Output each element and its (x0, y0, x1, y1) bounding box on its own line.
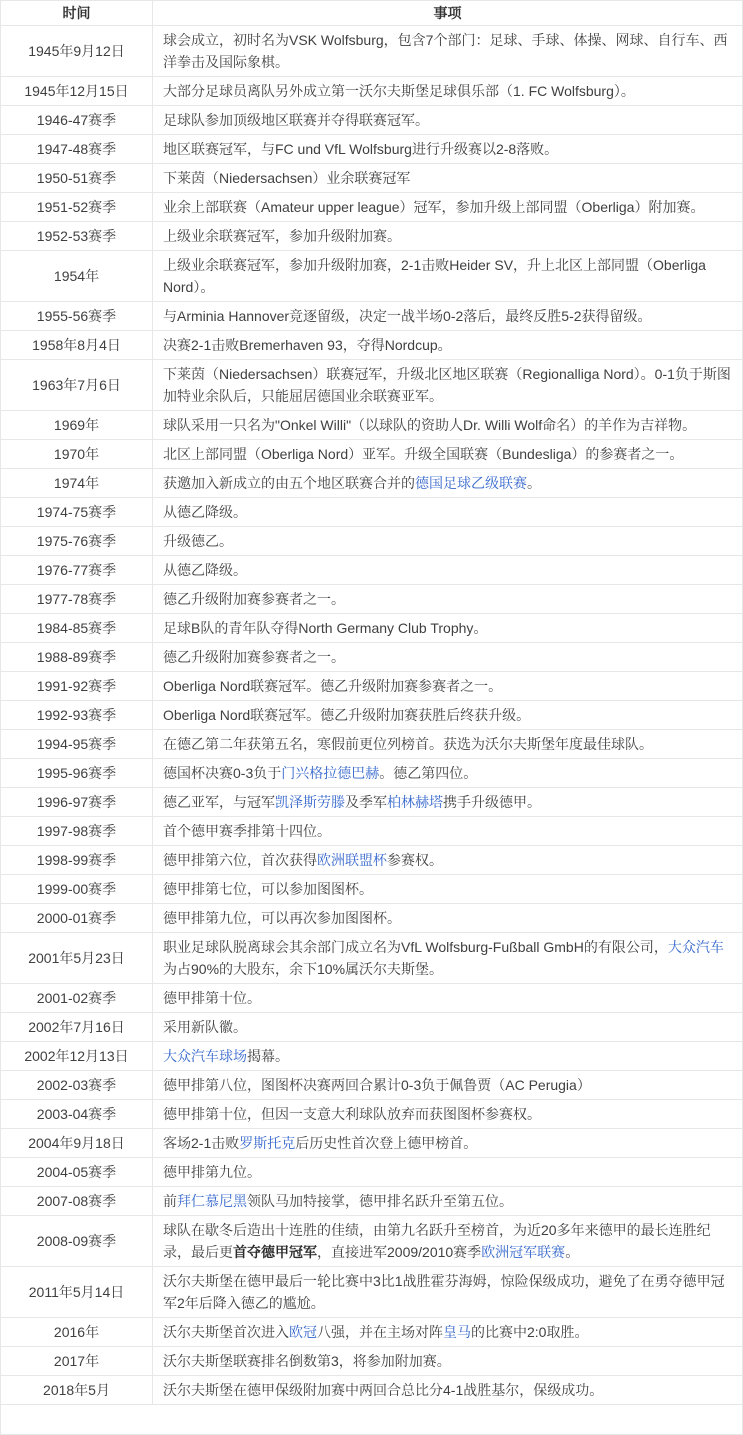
time-cell: 2011年5月14日 (1, 1267, 153, 1318)
table-row: 1994-95赛季在德乙第二年获第五名，寒假前更位列榜首。获选为沃尔夫斯堡年度最… (1, 730, 743, 759)
event-cell: 足球B队的青年队夺得North Germany Club Trophy。 (153, 614, 743, 643)
event-text: 上级业余联赛冠军，参加升级附加赛。 (163, 228, 401, 244)
event-cell: 德甲排第六位，首次获得欧洲联盟杯参赛权。 (153, 846, 743, 875)
time-cell: 1946-47赛季 (1, 106, 153, 135)
event-text: 德甲排第九位，可以再次参加图图杯。 (163, 910, 401, 926)
wiki-link[interactable]: 皇马 (443, 1324, 471, 1340)
event-text: 客场2-1击败 (163, 1135, 239, 1151)
time-cell: 1995-96赛季 (1, 759, 153, 788)
event-cell: 与Arminia Hannover竞逐留级，决定一战半场0-2落后，最终反胜5-… (153, 302, 743, 331)
table-row: 2004年9月18日客场2-1击败罗斯托克后历史性首次登上德甲榜首。 (1, 1129, 743, 1158)
table-footer-row (1, 1405, 743, 1435)
event-cell: 沃尔夫斯堡在德甲最后一轮比赛中3比1战胜霍芬海姆，惊险保级成功，避免了在勇夺德甲… (153, 1267, 743, 1318)
time-cell: 2001年5月23日 (1, 933, 153, 984)
event-text: 采用新队徽。 (163, 1019, 247, 1035)
table-row: 1958年8月4日决赛2-1击败Bremerhaven 93，夺得Nordcup… (1, 331, 743, 360)
time-cell: 1945年12月15日 (1, 77, 153, 106)
event-text: 沃尔夫斯堡在德甲保级附加赛中两回合总比分4-1战胜基尔，保级成功。 (163, 1382, 603, 1398)
event-cell: 沃尔夫斯堡在德甲保级附加赛中两回合总比分4-1战胜基尔，保级成功。 (153, 1376, 743, 1405)
event-text: 业余上部联赛（Amateur upper league）冠军，参加升级上部同盟（… (163, 199, 704, 215)
time-cell: 2004-05赛季 (1, 1158, 153, 1187)
table-row: 2016年沃尔夫斯堡首次进入欧冠八强，并在主场对阵皇马的比赛中2:0取胜。 (1, 1318, 743, 1347)
event-text: 从德乙降级。 (163, 504, 247, 520)
time-cell: 1955-56赛季 (1, 302, 153, 331)
table-row: 1976-77赛季从德乙降级。 (1, 556, 743, 585)
event-cell: 沃尔夫斯堡联赛排名倒数第3，将参加附加赛。 (153, 1347, 743, 1376)
event-cell: 德甲排第十位，但因一支意大利球队放弃而获图图杯参赛权。 (153, 1100, 743, 1129)
wiki-link[interactable]: 大众汽车球场 (163, 1048, 247, 1064)
time-cell: 1947-48赛季 (1, 135, 153, 164)
time-cell: 2018年5月 (1, 1376, 153, 1405)
wiki-link[interactable]: 门兴格拉德巴赫 (281, 765, 379, 781)
time-cell: 1997-98赛季 (1, 817, 153, 846)
event-text: 球会成立，初时名为VSK Wolfsburg，包含7个部门：足球、手球、体操、网… (163, 32, 727, 70)
event-text: 德乙亚军，与冠军 (163, 794, 275, 810)
time-cell: 1996-97赛季 (1, 788, 153, 817)
time-cell: 1992-93赛季 (1, 701, 153, 730)
time-cell: 1977-78赛季 (1, 585, 153, 614)
table-row: 2002年12月13日大众汽车球场揭幕。 (1, 1042, 743, 1071)
event-text: 北区上部同盟（Oberliga Nord）亚军。升级全国联赛（Bundeslig… (163, 446, 683, 462)
time-cell: 1998-99赛季 (1, 846, 153, 875)
table-row: 1963年7月6日下莱茵（Niedersachsen）联赛冠军，升级北区地区联赛… (1, 360, 743, 411)
event-cell: 德国杯决赛0-3负于门兴格拉德巴赫。德乙第四位。 (153, 759, 743, 788)
header-row: 时间 事项 (1, 1, 743, 26)
table-row: 2004-05赛季德甲排第九位。 (1, 1158, 743, 1187)
event-cell: 业余上部联赛（Amateur upper league）冠军，参加升级上部同盟（… (153, 193, 743, 222)
event-cell: 上级业余联赛冠军，参加升级附加赛。 (153, 222, 743, 251)
table-row: 2001-02赛季德甲排第十位。 (1, 984, 743, 1013)
event-text: 沃尔夫斯堡在德甲最后一轮比赛中3比1战胜霍芬海姆，惊险保级成功，避免了在勇夺德甲… (163, 1273, 725, 1311)
table-row: 2018年5月沃尔夫斯堡在德甲保级附加赛中两回合总比分4-1战胜基尔，保级成功。 (1, 1376, 743, 1405)
event-text: 。 (565, 1244, 579, 1260)
table-row: 1945年12月15日大部分足球员离队另外成立第一沃尔夫斯堡足球俱乐部（1. F… (1, 77, 743, 106)
event-text: 足球B队的青年队夺得North Germany Club Trophy。 (163, 620, 487, 636)
event-cell: 地区联赛冠军，与FC und VfL Wolfsburg进行升级赛以2-8落败。 (153, 135, 743, 164)
event-text: 。德乙第四位。 (379, 765, 477, 781)
event-cell: Oberliga Nord联赛冠军。德乙升级附加赛参赛者之一。 (153, 672, 743, 701)
event-cell: Oberliga Nord联赛冠军。德乙升级附加赛获胜后终获升级。 (153, 701, 743, 730)
time-cell: 1994-95赛季 (1, 730, 153, 759)
table-row: 1997-98赛季首个德甲赛季排第十四位。 (1, 817, 743, 846)
event-text: 球队采用一只名为"Onkel Willi"（以球队的资助人Dr. Willi W… (163, 417, 696, 433)
time-cell: 1975-76赛季 (1, 527, 153, 556)
event-cell: 德甲排第七位，可以参加图图杯。 (153, 875, 743, 904)
table-row: 1995-96赛季德国杯决赛0-3负于门兴格拉德巴赫。德乙第四位。 (1, 759, 743, 788)
column-header-time: 时间 (1, 1, 153, 26)
wiki-history-page: 时间 事项 1945年9月12日球会成立，初时名为VSK Wolfsburg，包… (0, 0, 743, 1435)
event-text: 足球队参加顶级地区联赛并夺得联赛冠军。 (163, 112, 429, 128)
time-cell: 1976-77赛季 (1, 556, 153, 585)
event-text: 德甲排第八位，图图杯决赛两回合累计0-3负于佩鲁贾（AC Perugia） (163, 1077, 591, 1093)
event-cell: 下莱茵（Niedersachsen）联赛冠军，升级北区地区联赛（Regional… (153, 360, 743, 411)
bold-text: 首夺德甲冠军 (233, 1244, 317, 1260)
table-row: 2011年5月14日沃尔夫斯堡在德甲最后一轮比赛中3比1战胜霍芬海姆，惊险保级成… (1, 1267, 743, 1318)
time-cell: 1945年9月12日 (1, 26, 153, 77)
table-row: 1970年北区上部同盟（Oberliga Nord）亚军。升级全国联赛（Bund… (1, 440, 743, 469)
wiki-link[interactable]: 欧洲冠军联赛 (481, 1244, 565, 1260)
event-cell: 球队在歇冬后造出十连胜的佳绩，由第九名跃升至榜首，为近20多年来德甲的最长连胜纪… (153, 1216, 743, 1267)
event-text: 下莱茵（Niedersachsen）联赛冠军，升级北区地区联赛（Regional… (163, 366, 731, 404)
time-cell: 2003-04赛季 (1, 1100, 153, 1129)
time-cell: 1969年 (1, 411, 153, 440)
event-cell: 客场2-1击败罗斯托克后历史性首次登上德甲榜首。 (153, 1129, 743, 1158)
table-row: 1945年9月12日球会成立，初时名为VSK Wolfsburg，包含7个部门：… (1, 26, 743, 77)
event-text: 携手升级德甲。 (443, 794, 541, 810)
event-cell: 上级业余联赛冠军，参加升级附加赛，2-1击败Heider SV，升上北区上部同盟… (153, 251, 743, 302)
table-row: 1955-56赛季与Arminia Hannover竞逐留级，决定一战半场0-2… (1, 302, 743, 331)
wiki-link[interactable]: 凯泽斯劳滕 (275, 794, 345, 810)
event-text: 德甲排第九位。 (163, 1164, 261, 1180)
table-row: 2000-01赛季德甲排第九位，可以再次参加图图杯。 (1, 904, 743, 933)
event-cell: 下莱茵（Niedersachsen）业余联赛冠军 (153, 164, 743, 193)
time-cell: 2000-01赛季 (1, 904, 153, 933)
event-cell: 首个德甲赛季排第十四位。 (153, 817, 743, 846)
event-cell: 职业足球队脱离球会其余部门成立名为VfL Wolfsburg-Fußball G… (153, 933, 743, 984)
table-row: 1999-00赛季德甲排第七位，可以参加图图杯。 (1, 875, 743, 904)
event-text: 。 (527, 475, 541, 491)
table-row: 1950-51赛季下莱茵（Niedersachsen）业余联赛冠军 (1, 164, 743, 193)
time-cell: 2007-08赛季 (1, 1187, 153, 1216)
table-row: 1991-92赛季Oberliga Nord联赛冠军。德乙升级附加赛参赛者之一。 (1, 672, 743, 701)
event-cell: 从德乙降级。 (153, 556, 743, 585)
event-text: 德甲排第六位，首次获得 (163, 852, 317, 868)
table-row: 1947-48赛季地区联赛冠军，与FC und VfL Wolfsburg进行升… (1, 135, 743, 164)
time-cell: 1974年 (1, 469, 153, 498)
event-text: Oberliga Nord联赛冠军。德乙升级附加赛获胜后终获升级。 (163, 707, 530, 723)
event-text: 德甲排第七位，可以参加图图杯。 (163, 881, 373, 897)
time-cell: 1991-92赛季 (1, 672, 153, 701)
event-cell: 沃尔夫斯堡首次进入欧冠八强，并在主场对阵皇马的比赛中2:0取胜。 (153, 1318, 743, 1347)
event-cell: 采用新队徽。 (153, 1013, 743, 1042)
time-cell: 2002-03赛季 (1, 1071, 153, 1100)
wiki-link[interactable]: 德国足球乙级联赛 (415, 475, 527, 491)
event-text: 职业足球队脱离球会其余部门成立名为VfL Wolfsburg-Fußball G… (163, 939, 668, 955)
event-text: 升级德乙。 (163, 533, 233, 549)
time-cell: 1970年 (1, 440, 153, 469)
event-cell: 德乙升级附加赛参赛者之一。 (153, 585, 743, 614)
time-cell: 2002年7月16日 (1, 1013, 153, 1042)
column-header-event: 事项 (153, 1, 743, 26)
event-text: 及季军 (345, 794, 387, 810)
time-cell: 2002年12月13日 (1, 1042, 153, 1071)
table-row: 2001年5月23日职业足球队脱离球会其余部门成立名为VfL Wolfsburg… (1, 933, 743, 984)
time-cell: 1988-89赛季 (1, 643, 153, 672)
time-cell: 1984-85赛季 (1, 614, 153, 643)
time-cell: 1963年7月6日 (1, 360, 153, 411)
event-cell: 德乙升级附加赛参赛者之一。 (153, 643, 743, 672)
event-text: 领队马加特接掌，德甲排名跃升至第五位。 (247, 1193, 513, 1209)
event-cell: 德甲排第十位。 (153, 984, 743, 1013)
table-row: 2007-08赛季前拜仁慕尼黑领队马加特接掌，德甲排名跃升至第五位。 (1, 1187, 743, 1216)
table-row: 2002-03赛季德甲排第八位，图图杯决赛两回合累计0-3负于佩鲁贾（AC Pe… (1, 1071, 743, 1100)
event-cell: 足球队参加顶级地区联赛并夺得联赛冠军。 (153, 106, 743, 135)
time-cell: 1954年 (1, 251, 153, 302)
wiki-link[interactable]: 罗斯托克 (239, 1135, 295, 1151)
wiki-link[interactable]: 大众汽车 (668, 939, 724, 955)
table-footer-cell (1, 1405, 743, 1435)
event-text: Oberliga Nord联赛冠军。德乙升级附加赛参赛者之一。 (163, 678, 502, 694)
event-text: 从德乙降级。 (163, 562, 247, 578)
table-row: 1988-89赛季德乙升级附加赛参赛者之一。 (1, 643, 743, 672)
event-text: 沃尔夫斯堡首次进入 (163, 1324, 289, 1340)
time-cell: 1950-51赛季 (1, 164, 153, 193)
event-cell: 决赛2-1击败Bremerhaven 93，夺得Nordcup。 (153, 331, 743, 360)
club-history-table: 时间 事项 1945年9月12日球会成立，初时名为VSK Wolfsburg，包… (0, 0, 743, 1435)
table-row: 1954年上级业余联赛冠军，参加升级附加赛，2-1击败Heider SV，升上北… (1, 251, 743, 302)
table-row: 2002年7月16日采用新队徽。 (1, 1013, 743, 1042)
time-cell: 2004年9月18日 (1, 1129, 153, 1158)
wiki-link[interactable]: 欧洲联盟杯 (317, 852, 387, 868)
time-cell: 1952-53赛季 (1, 222, 153, 251)
table-row: 1951-52赛季业余上部联赛（Amateur upper league）冠军，… (1, 193, 743, 222)
time-cell: 1999-00赛季 (1, 875, 153, 904)
event-text: 与Arminia Hannover竞逐留级，决定一战半场0-2落后，最终反胜5-… (163, 308, 652, 324)
table-row: 1996-97赛季德乙亚军，与冠军凯泽斯劳滕及季军柏林赫塔携手升级德甲。 (1, 788, 743, 817)
time-cell: 1974-75赛季 (1, 498, 153, 527)
time-cell: 2001-02赛季 (1, 984, 153, 1013)
event-text: 德乙升级附加赛参赛者之一。 (163, 591, 345, 607)
table-row: 1974年获邀加入新成立的由五个地区联赛合并的德国足球乙级联赛。 (1, 469, 743, 498)
table-row: 1952-53赛季上级业余联赛冠军，参加升级附加赛。 (1, 222, 743, 251)
event-text: 德甲排第十位，但因一支意大利球队放弃而获图图杯参赛权。 (163, 1106, 541, 1122)
event-cell: 前拜仁慕尼黑领队马加特接掌，德甲排名跃升至第五位。 (153, 1187, 743, 1216)
event-text: 决赛2-1击败Bremerhaven 93，夺得Nordcup。 (163, 337, 452, 353)
table-row: 1998-99赛季德甲排第六位，首次获得欧洲联盟杯参赛权。 (1, 846, 743, 875)
event-text: 上级业余联赛冠军，参加升级附加赛，2-1击败Heider SV，升上北区上部同盟… (163, 257, 706, 295)
event-text: 参赛权。 (387, 852, 443, 868)
event-cell: 大众汽车球场揭幕。 (153, 1042, 743, 1071)
event-cell: 德乙亚军，与冠军凯泽斯劳滕及季军柏林赫塔携手升级德甲。 (153, 788, 743, 817)
table-row: 1946-47赛季足球队参加顶级地区联赛并夺得联赛冠军。 (1, 106, 743, 135)
event-cell: 球队采用一只名为"Onkel Willi"（以球队的资助人Dr. Willi W… (153, 411, 743, 440)
event-text: 德国杯决赛0-3负于 (163, 765, 281, 781)
event-cell: 北区上部同盟（Oberliga Nord）亚军。升级全国联赛（Bundeslig… (153, 440, 743, 469)
table-row: 1992-93赛季Oberliga Nord联赛冠军。德乙升级附加赛获胜后终获升… (1, 701, 743, 730)
table-row: 1975-76赛季升级德乙。 (1, 527, 743, 556)
event-text: 在德乙第二年获第五名，寒假前更位列榜首。获选为沃尔夫斯堡年度最佳球队。 (163, 736, 653, 752)
event-text: 沃尔夫斯堡联赛排名倒数第3，将参加附加赛。 (163, 1353, 451, 1369)
event-cell: 升级德乙。 (153, 527, 743, 556)
event-text: 首个德甲赛季排第十四位。 (163, 823, 331, 839)
event-text: 后历史性首次登上德甲榜首。 (295, 1135, 477, 1151)
event-text: 为占90%的大股东，余下10%属沃尔夫斯堡。 (163, 961, 443, 977)
event-cell: 在德乙第二年获第五名，寒假前更位列榜首。获选为沃尔夫斯堡年度最佳球队。 (153, 730, 743, 759)
event-text: 下莱茵（Niedersachsen）业余联赛冠军 (163, 170, 410, 186)
table-row: 1969年球队采用一只名为"Onkel Willi"（以球队的资助人Dr. Wi… (1, 411, 743, 440)
table-row: 1974-75赛季从德乙降级。 (1, 498, 743, 527)
event-text: 八强，并在主场对阵 (317, 1324, 443, 1340)
event-text: 地区联赛冠军，与FC und VfL Wolfsburg进行升级赛以2-8落败。 (163, 141, 558, 157)
event-text: 获邀加入新成立的由五个地区联赛合并的 (163, 475, 415, 491)
table-row: 2003-04赛季德甲排第十位，但因一支意大利球队放弃而获图图杯参赛权。 (1, 1100, 743, 1129)
wiki-link[interactable]: 柏林赫塔 (387, 794, 443, 810)
event-text: 的比赛中2:0取胜。 (471, 1324, 588, 1340)
event-cell: 获邀加入新成立的由五个地区联赛合并的德国足球乙级联赛。 (153, 469, 743, 498)
time-cell: 1958年8月4日 (1, 331, 153, 360)
time-cell: 2016年 (1, 1318, 153, 1347)
time-cell: 2008-09赛季 (1, 1216, 153, 1267)
table-body: 1945年9月12日球会成立，初时名为VSK Wolfsburg，包含7个部门：… (1, 26, 743, 1405)
time-cell: 2017年 (1, 1347, 153, 1376)
event-cell: 德甲排第九位。 (153, 1158, 743, 1187)
table-row: 2008-09赛季球队在歇冬后造出十连胜的佳绩，由第九名跃升至榜首，为近20多年… (1, 1216, 743, 1267)
event-cell: 大部分足球员离队另外成立第一沃尔夫斯堡足球俱乐部（1. FC Wolfsburg… (153, 77, 743, 106)
wiki-link[interactable]: 欧冠 (289, 1324, 317, 1340)
event-text: ，直接进军2009/2010赛季 (317, 1244, 481, 1260)
table-row: 1984-85赛季足球B队的青年队夺得North Germany Club Tr… (1, 614, 743, 643)
event-text: 揭幕。 (247, 1048, 289, 1064)
table-row: 1977-78赛季德乙升级附加赛参赛者之一。 (1, 585, 743, 614)
event-cell: 球会成立，初时名为VSK Wolfsburg，包含7个部门：足球、手球、体操、网… (153, 26, 743, 77)
event-cell: 德甲排第九位，可以再次参加图图杯。 (153, 904, 743, 933)
event-text: 德乙升级附加赛参赛者之一。 (163, 649, 345, 665)
time-cell: 1951-52赛季 (1, 193, 153, 222)
event-text: 德甲排第十位。 (163, 990, 261, 1006)
event-text: 前 (163, 1193, 177, 1209)
table-row: 2017年沃尔夫斯堡联赛排名倒数第3，将参加附加赛。 (1, 1347, 743, 1376)
event-text: 大部分足球员离队另外成立第一沃尔夫斯堡足球俱乐部（1. FC Wolfsburg… (163, 83, 635, 99)
event-cell: 德甲排第八位，图图杯决赛两回合累计0-3负于佩鲁贾（AC Perugia） (153, 1071, 743, 1100)
wiki-link[interactable]: 拜仁慕尼黑 (177, 1193, 247, 1209)
event-cell: 从德乙降级。 (153, 498, 743, 527)
